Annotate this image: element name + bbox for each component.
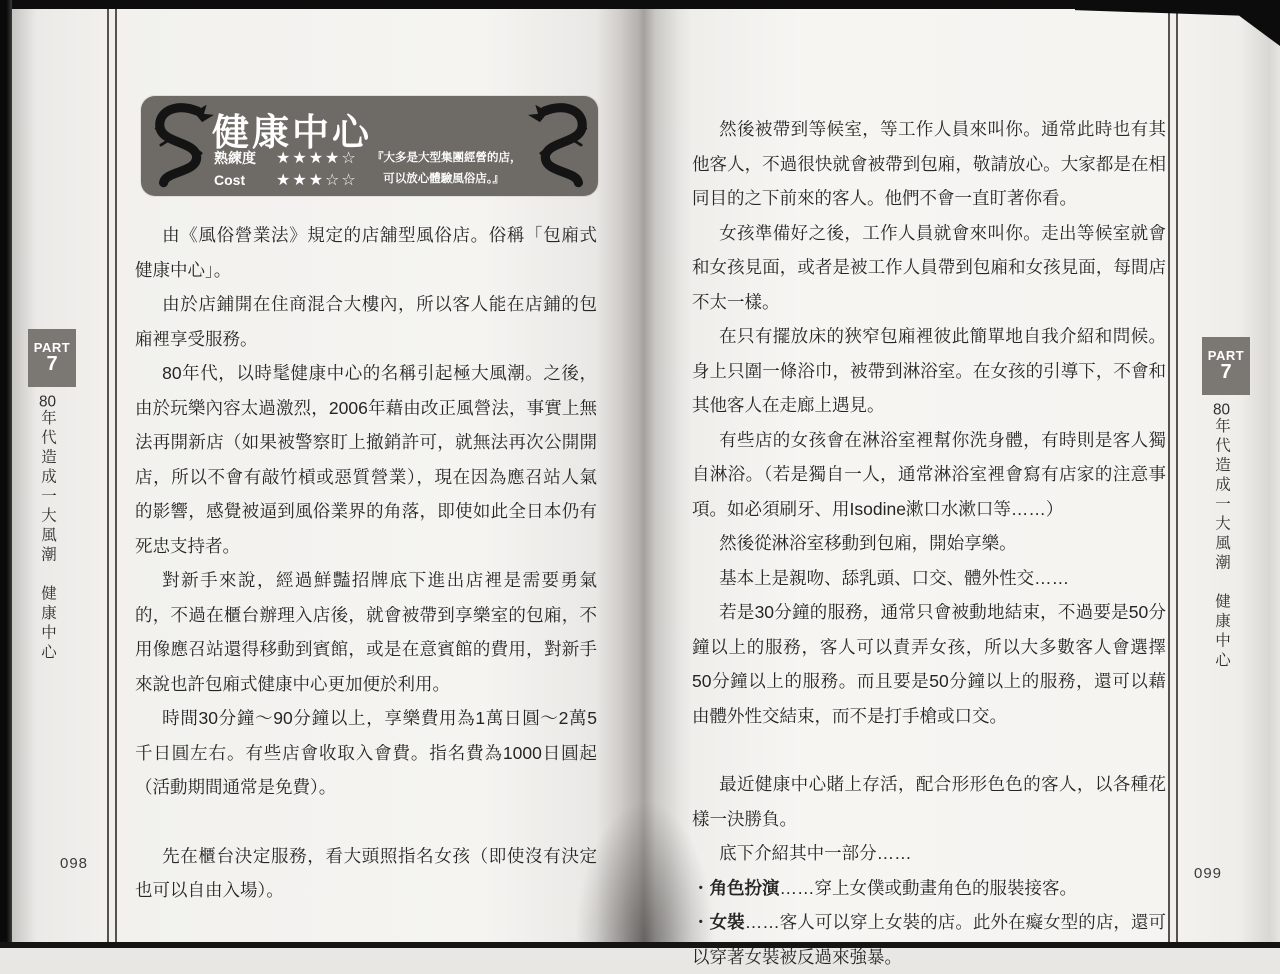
- rating-skill: 熟練度 ★★★★☆: [214, 148, 358, 168]
- star-rating: ★★★★☆: [276, 148, 358, 168]
- paragraph: 最近健康中心賭上存活，配合形形色色的客人，以各種花樣一決勝負。: [692, 767, 1166, 836]
- rating-label: 熟練度: [214, 148, 276, 168]
- part-number: 7: [46, 354, 57, 375]
- part-tab-right: PART 7: [1202, 337, 1250, 395]
- paragraph: 基本上是親吻、舔乳頭、口交、體外性交……: [692, 561, 1166, 596]
- rating-cost: Cost ★★★☆☆: [214, 170, 358, 190]
- paragraph: 由《風俗營業法》規定的店舖型風俗店。俗稱「包廂式健康中心」。: [135, 218, 597, 287]
- left-page-body: 由《風俗營業法》規定的店舖型風俗店。俗稱「包廂式健康中心」。由於店鋪開在住商混合…: [135, 218, 597, 908]
- paragraph: 在只有擺放床的狹窄包廂裡彼此簡單地自我介紹和問候。身上只圍一條浴巾，被帶到淋浴室…: [692, 319, 1166, 423]
- paragraph: ・女裝……客人可以穿上女裝的店。此外在癡女型的店，還可以穿著女裝被反過來強暴。: [692, 905, 1166, 948]
- paragraph: 底下介紹其中一部分……: [692, 836, 1166, 871]
- page-number-left: 098: [60, 855, 88, 872]
- paragraph: 80年代，以時髦健康中心的名稱引起極大風潮。之後，由於玩樂內容太過激烈，2006…: [135, 356, 597, 563]
- right-double-rule: [1168, 9, 1178, 942]
- left-double-rule: [107, 9, 117, 942]
- chapter-vertical-title-left: 80年代造成一大風潮 健康中心: [36, 394, 58, 663]
- rating-label: Cost: [214, 172, 276, 188]
- book-spread-scan: PART 7 80年代造成一大風潮 健康中心 098 PART 7 80年代造成…: [0, 0, 1280, 948]
- paragraph: 時間30分鐘～90分鐘以上，享樂費用為1萬日圓～2萬5千日圓左右。有些店會收取入…: [135, 701, 597, 805]
- paragraph: 先在櫃台決定服務，看大頭照指名女孩（即使沒有決定也可以自由入場）。: [135, 839, 597, 908]
- bullet-term: 角色扮演: [710, 878, 780, 898]
- bullet-term: 女裝: [710, 912, 745, 932]
- dragon-icon: [148, 100, 214, 192]
- dragon-icon: [528, 100, 594, 192]
- right-page-body: 然後被帶到等候室，等工作人員來叫你。通常此時也有其他客人，不過很快就會被帶到包廂…: [692, 112, 1166, 948]
- part-number: 7: [1220, 362, 1231, 383]
- chapter-vertical-title-right: 80年代造成一大風潮 健康中心: [1210, 402, 1232, 671]
- paragraph: ・角色扮演……穿上女僕或動畫角色的服裝接客。: [692, 871, 1166, 906]
- paragraph: 對新手來說，經過鮮豔招牌底下進出店裡是需要勇氣的，不過在櫃台辦理入店後，就會被帶…: [135, 563, 597, 701]
- part-label: PART: [1208, 349, 1244, 363]
- header-quote: 『大多是大型集團經營的店， 可以放心體驗風俗店。』: [372, 148, 504, 191]
- part-tab-left: PART 7: [28, 329, 76, 387]
- left-margin-strip: [12, 9, 107, 942]
- star-rating: ★★★☆☆: [276, 170, 358, 190]
- paragraph: 由於店鋪開在住商混合大樓內，所以客人能在店鋪的包廂裡享受服務。: [135, 287, 597, 356]
- quote-line: 可以放心體驗風俗店。』: [372, 169, 504, 190]
- scan-edge-left: [0, 0, 12, 948]
- paragraph: 然後被帶到等候室，等工作人員來叫你。通常此時也有其他客人，不過很快就會被帶到包廂…: [692, 112, 1166, 216]
- paragraph: 有些店的女孩會在淋浴室裡幫你洗身體，有時則是客人獨自淋浴。（若是獨自一人，通常淋…: [692, 423, 1166, 527]
- paragraph: 然後從淋浴室移動到包廂，開始享樂。: [692, 526, 1166, 561]
- paragraph: 若是30分鐘的服務，通常只會被動地結束，不過要是50分鐘以上的服務，客人可以責弄…: [692, 595, 1166, 733]
- page-number-right: 099: [1194, 865, 1222, 882]
- part-label: PART: [34, 341, 70, 355]
- quote-line: 『大多是大型集團經營的店，: [372, 148, 504, 169]
- paragraph: 女孩準備好之後，工作人員就會來叫你。走出等候室就會和女孩見面，或者是被工作人員帶…: [692, 216, 1166, 320]
